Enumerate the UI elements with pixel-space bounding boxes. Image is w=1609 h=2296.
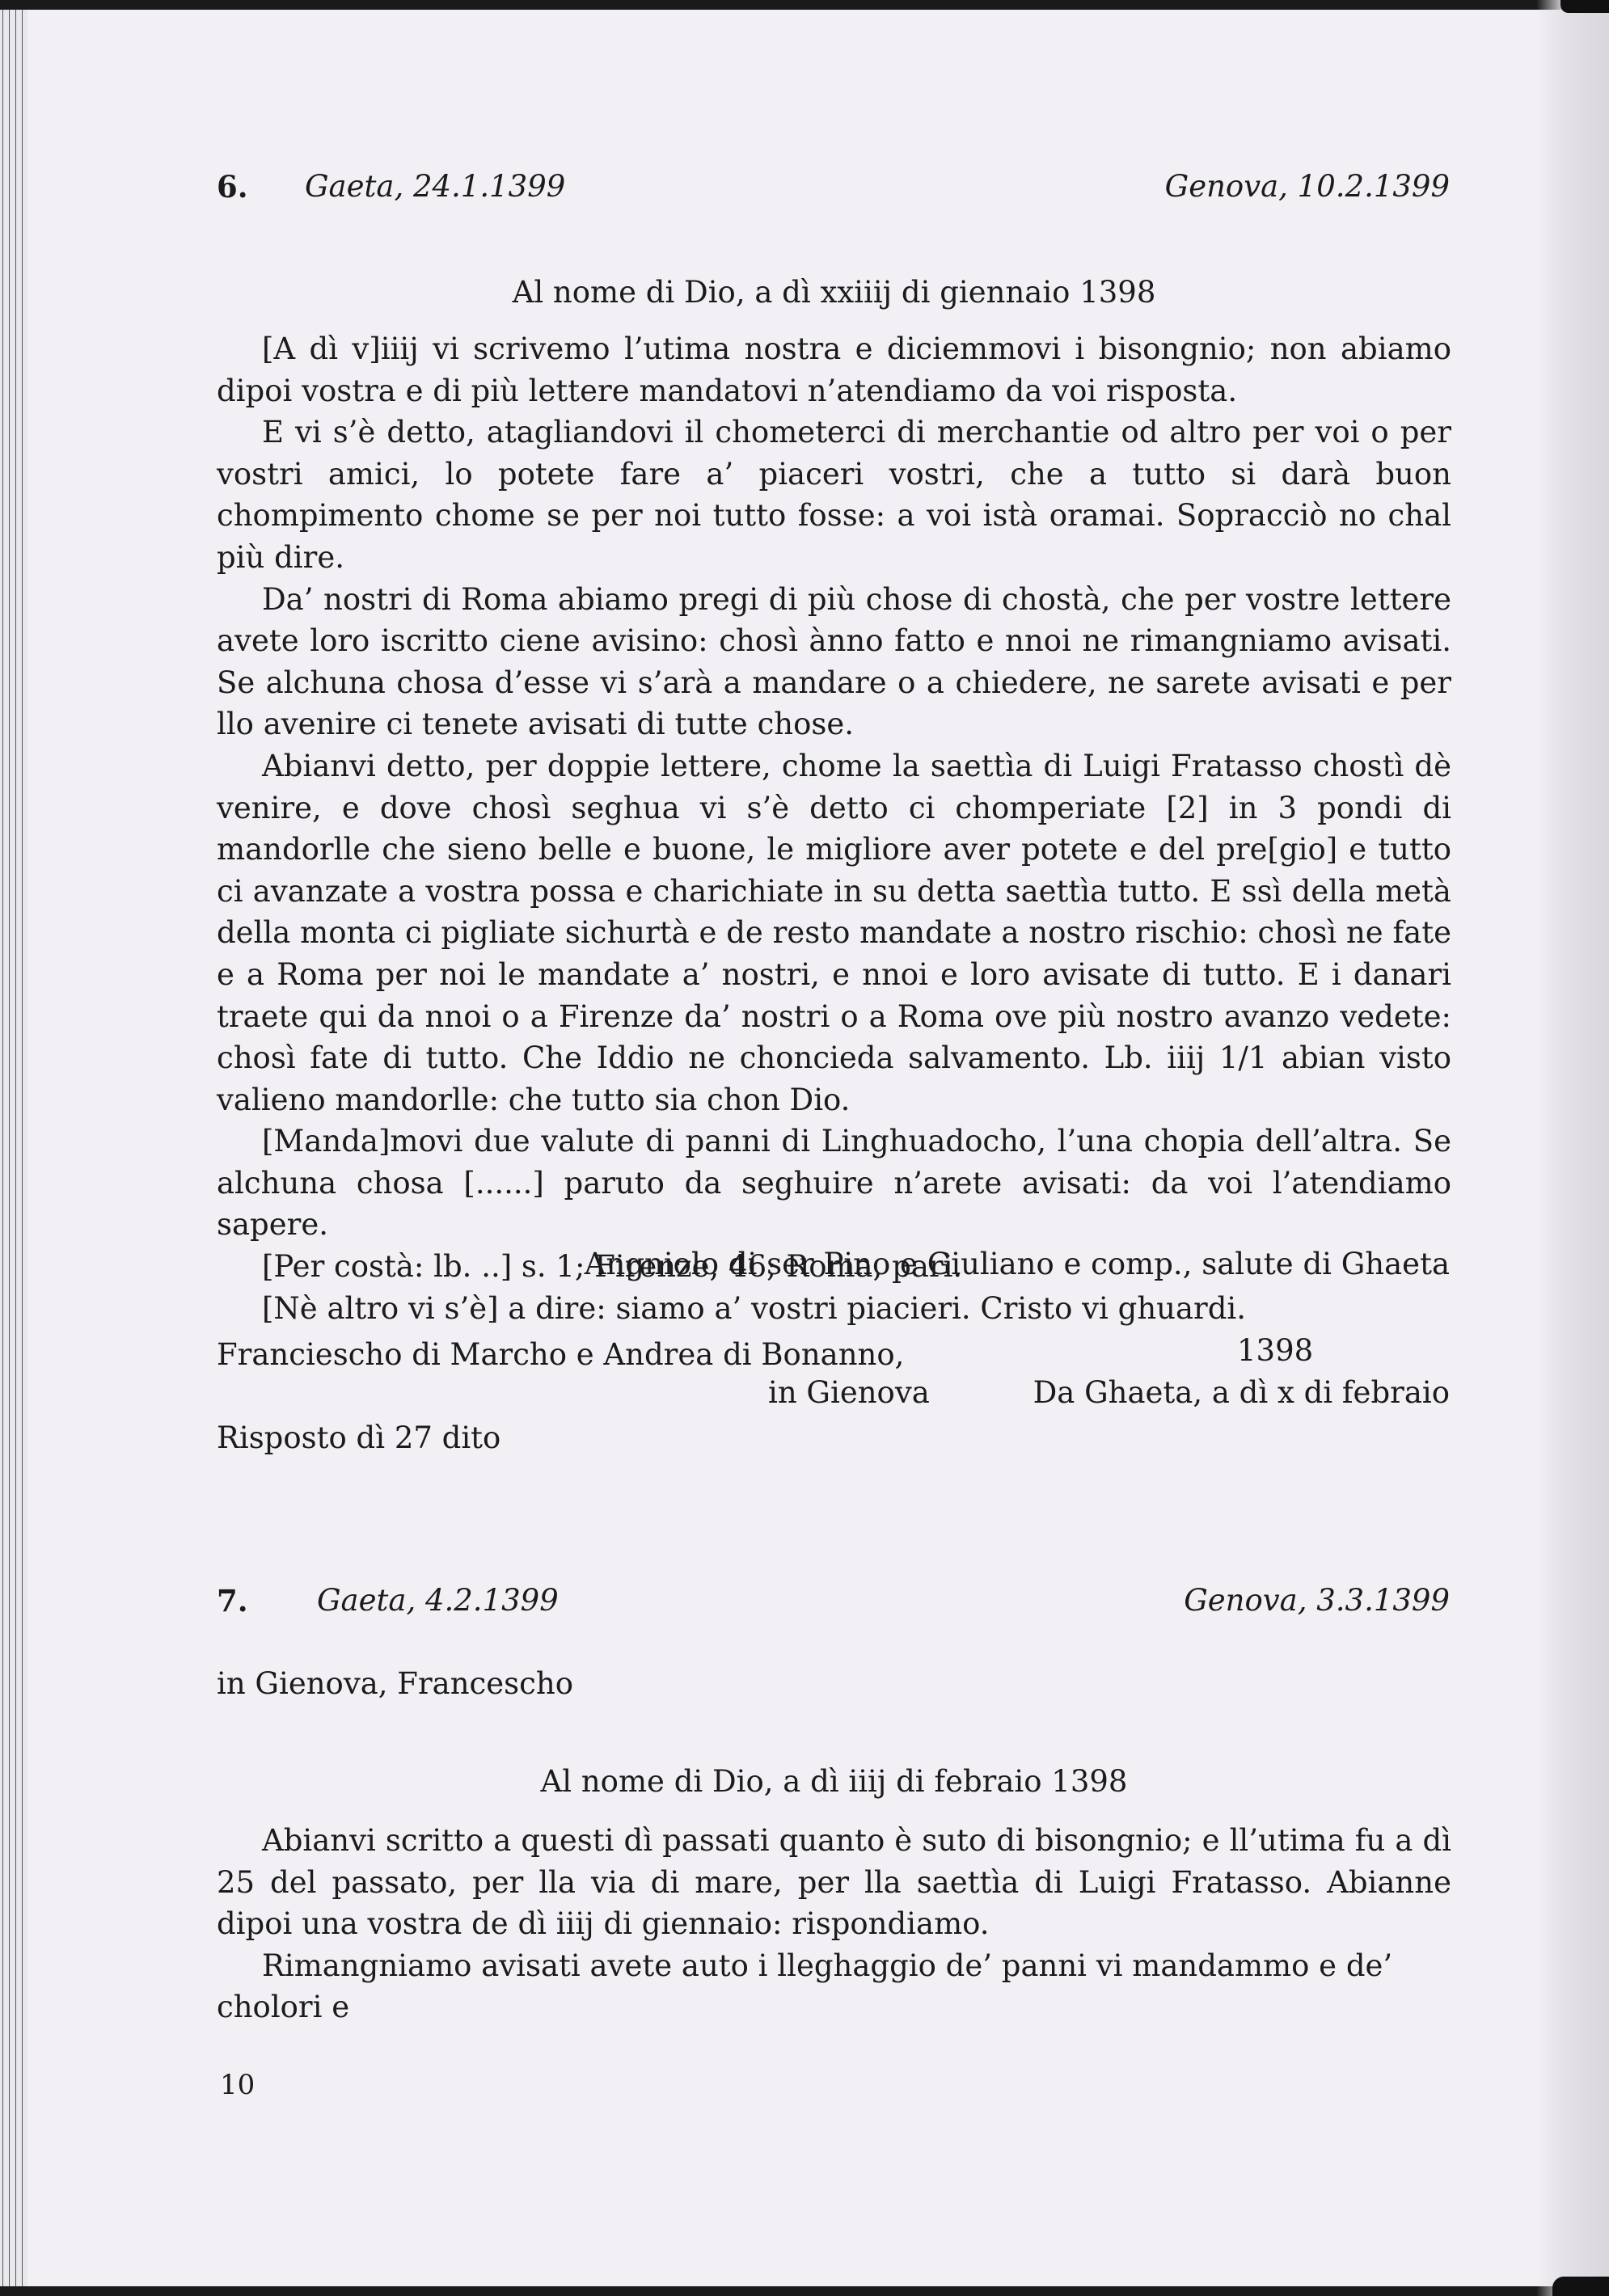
background-corner-top	[1560, 0, 1609, 13]
letter-origin-date: Gaeta, 4.2.1399	[317, 1580, 559, 1622]
letter-invocation: Al nome di Dio, a dì xxiiij di giennaio …	[217, 272, 1451, 314]
letter-body: [A dì v]iiij vi scrivemo l’utima nostra …	[217, 328, 1451, 1329]
paragraph: Rimangniamo avisati avete auto i lleghag…	[217, 1945, 1451, 2028]
letter-arrival-date: Genova, 10.2.1399	[1165, 166, 1450, 208]
address-city: in Gienova	[768, 1372, 930, 1414]
letter-arrival-date: Genova, 3.3.1399	[1184, 1580, 1450, 1622]
paragraph: Abianvi scritto a questi dì passati quan…	[217, 1820, 1451, 1945]
address-line: in Gienova, Francescho	[217, 1663, 573, 1705]
address-line: Franciescho di Marcho e Andrea di Bonann…	[217, 1334, 904, 1376]
letter-invocation: Al nome di Dio, a dì iiij di febraio 139…	[217, 1761, 1451, 1803]
letter-body: Abianvi scritto a questi dì passati quan…	[217, 1820, 1451, 2028]
paragraph: Da’ nostri di Roma abiamo pregi di più c…	[217, 579, 1451, 745]
year-note: 1398	[1237, 1330, 1313, 1372]
paragraph: E vi s’è detto, atagliandovi il chometer…	[217, 412, 1451, 578]
page-stack-edge	[0, 10, 27, 2286]
sent-note: Da Ghaeta, a dì x di febraio	[1033, 1372, 1450, 1414]
letter-number: 7.	[217, 1580, 248, 1622]
letter-origin-date: Gaeta, 24.1.1399	[305, 166, 565, 208]
background-corner-bottom	[1552, 2277, 1609, 2296]
reply-note: Risposto dì 27 dito	[217, 1417, 500, 1459]
paragraph: [Nè altro vi s’è] a dire: siamo a’ vostr…	[217, 1288, 1451, 1330]
page-number: 10	[220, 2064, 255, 2106]
gutter-shadow	[1536, 0, 1609, 2296]
paragraph: [Manda]movi due valute di panni di Lingh…	[217, 1121, 1451, 1246]
paragraph: Abianvi detto, per doppie lettere, chome…	[217, 745, 1451, 1121]
letter-number: 6.	[217, 166, 248, 208]
letter-signature: Angniolo di ser Pino e Giuliano e comp.,…	[585, 1243, 1450, 1285]
paragraph: [A dì v]iiij vi scrivemo l’utima nostra …	[217, 328, 1451, 412]
